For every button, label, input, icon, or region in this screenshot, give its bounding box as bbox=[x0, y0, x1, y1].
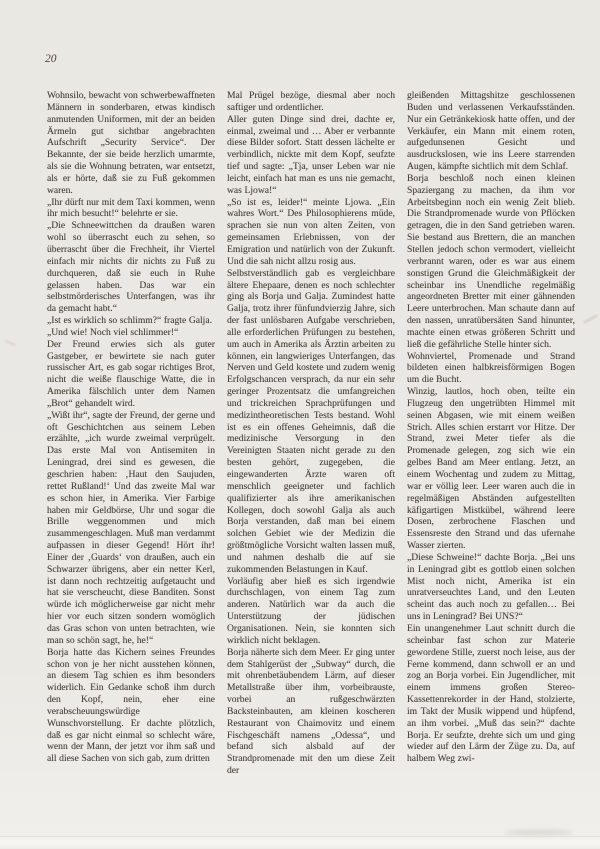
paragraph: gleißenden Mittagshitze geschlossenen Bu… bbox=[407, 90, 575, 173]
text-column-3: gleißenden Mittagshitze geschlossenen Bu… bbox=[407, 90, 575, 777]
paragraph: Wohnsilo, bewacht von schwerbewaffneten … bbox=[47, 90, 215, 197]
paragraph: Selbstverständlich gab es vergleichbare … bbox=[227, 268, 395, 576]
paragraph: Vorläufig aber hieß es sich irgendwie du… bbox=[227, 576, 395, 647]
text-column-2: Mal Prügel bezöge, diesmal aber noch saf… bbox=[227, 90, 395, 777]
paragraph: Ein unangenehmer Laut schnitt durch die … bbox=[407, 623, 575, 765]
paragraph: Winzig, lautlos, hoch oben, teilte ein F… bbox=[407, 386, 575, 552]
paragraph: „Wißt ihr“, sagte der Freund, der gerne … bbox=[47, 410, 215, 647]
paragraph: „Diese Schweine!“ dachte Borja. „Bei uns… bbox=[407, 552, 575, 623]
scan-artifact bbox=[505, 830, 573, 835]
book-page: 20 Wohnsilo, bewacht von schwerbewaffnet… bbox=[0, 0, 600, 849]
paragraph: Wohnviertel, Promenade und Strand bildet… bbox=[407, 351, 575, 387]
paragraph: Aller guten Dinge sind drei, dachte er, … bbox=[227, 114, 395, 197]
paragraph: Der Freund erwies sich als guter Gastgeb… bbox=[47, 339, 215, 410]
page-number: 20 bbox=[45, 53, 57, 65]
text-column-1: Wohnsilo, bewacht von schwerbewaffneten … bbox=[47, 90, 215, 777]
scan-artifact bbox=[0, 836, 600, 849]
scan-artifact bbox=[4, 340, 16, 346]
text-columns: Wohnsilo, bewacht von schwerbewaffneten … bbox=[47, 90, 575, 777]
paragraph: „Ihr dürft nur mit dem Taxi kommen, wenn… bbox=[47, 197, 215, 221]
paragraph: „So ist es, leider!“ meinte Ljowa. „Ein … bbox=[227, 197, 395, 268]
paragraph: Borja hatte das Kichern seines Freundes … bbox=[47, 647, 215, 765]
paragraph: „Ist es wirklich so schlimm?“ fragte Gal… bbox=[47, 315, 215, 327]
paragraph: Borja näherte sich dem Meer. Er ging unt… bbox=[227, 647, 395, 777]
paragraph: Mal Prügel bezöge, diesmal aber noch saf… bbox=[227, 90, 395, 114]
paragraph: „Die Schneewittchen da draußen waren woh… bbox=[47, 220, 215, 315]
paragraph: „Und wie! Noch viel schlimmer!“ bbox=[47, 327, 215, 339]
paragraph: Borja beschloß noch einen kleinen Spazie… bbox=[407, 173, 575, 351]
scan-artifact bbox=[583, 315, 597, 324]
